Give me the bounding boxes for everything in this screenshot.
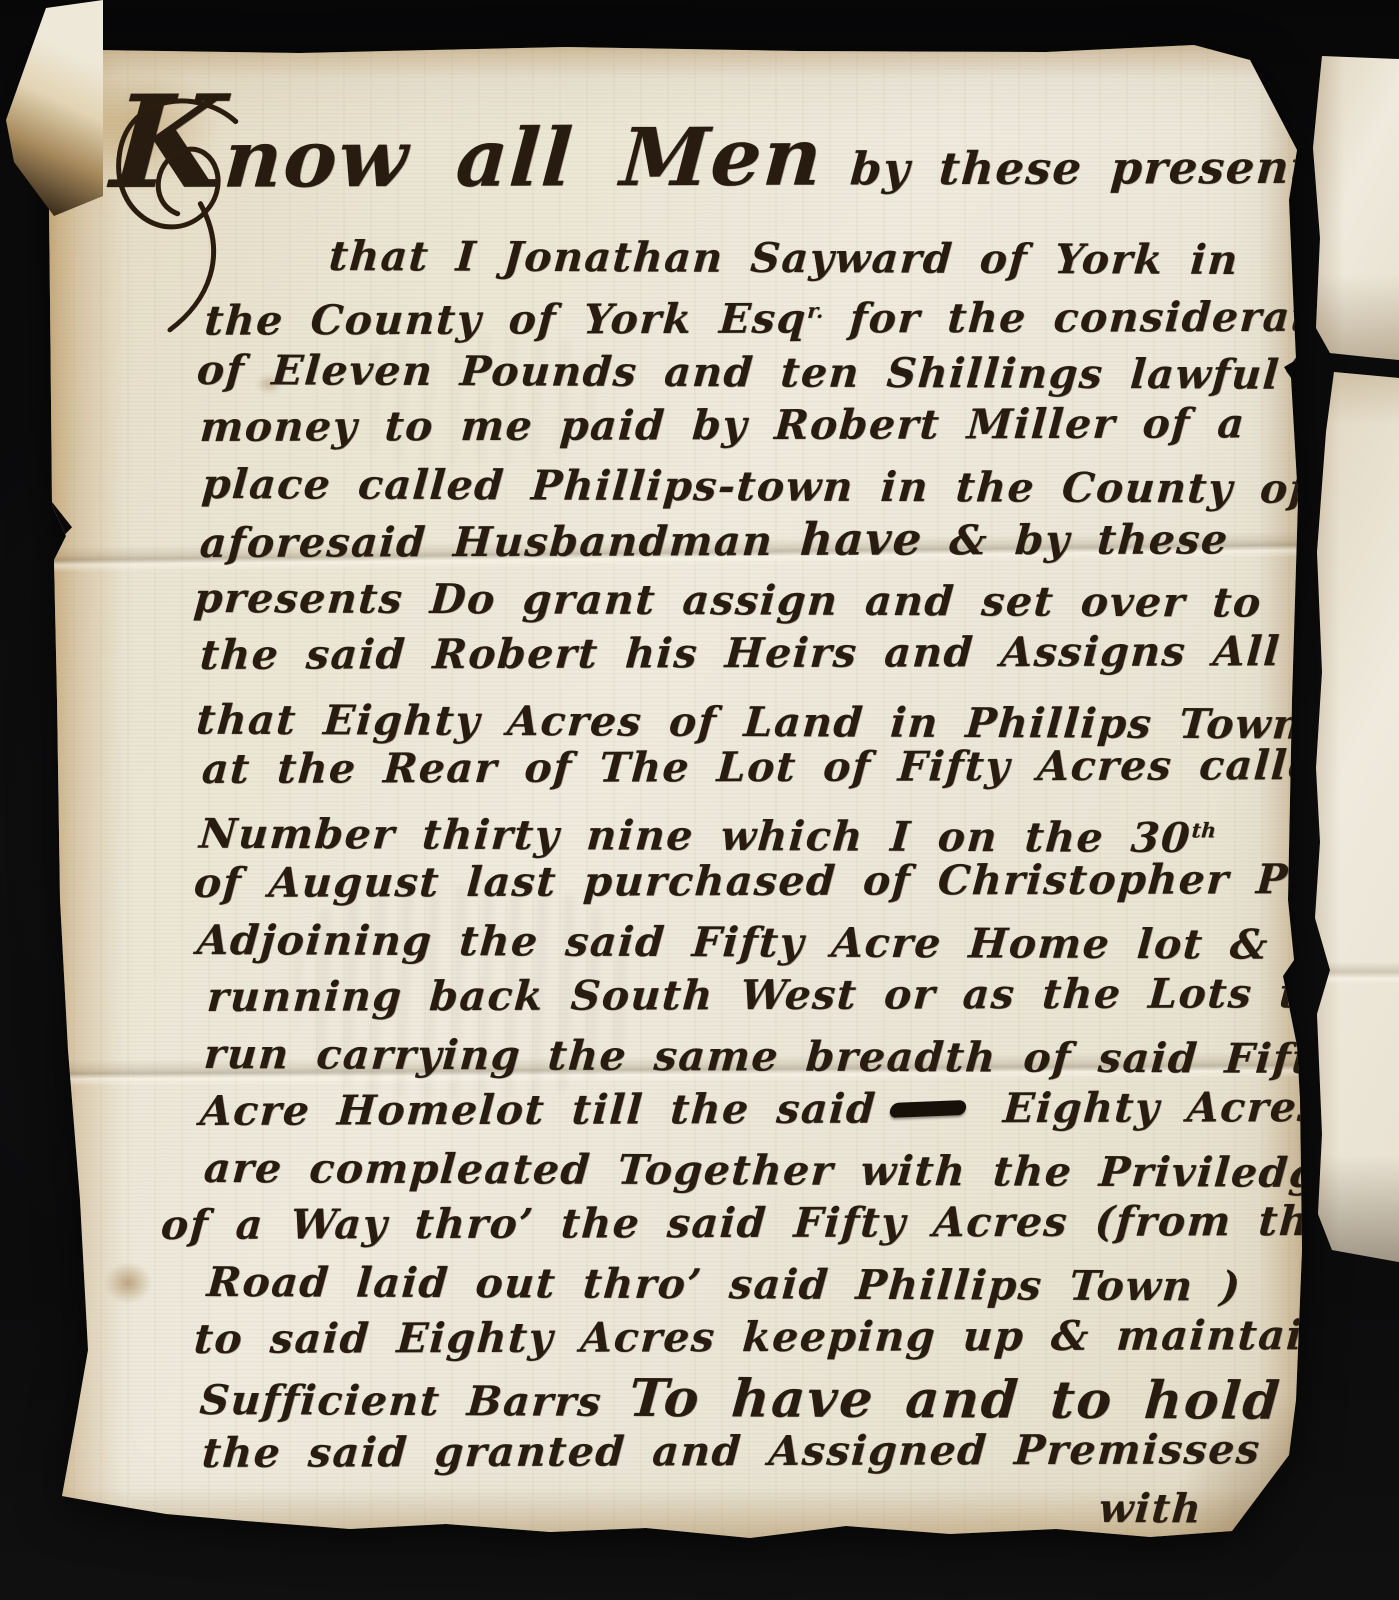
- text-segment: of Eleven Pounds and ten Shillings lawfu…: [195, 346, 1281, 399]
- manuscript-line: presents Do grant assign and set over to: [192, 570, 1268, 632]
- text-segment: Sufficient Barrs: [198, 1376, 631, 1426]
- manuscript-line: that Eighty Acres of Land in Phillips To…: [195, 684, 1268, 746]
- manuscript-line: that I Jonathan Sayward of York in: [327, 228, 1268, 289]
- text-segment: the said granted and Assigned Premisses: [200, 1425, 1262, 1477]
- manuscript-line: money to me paid by Robert Miller of a: [198, 395, 1268, 456]
- manuscript-line: of August last purchased of Christopher …: [192, 851, 1268, 912]
- text-segment: the said Robert his Heirs and Assigns Al…: [198, 627, 1282, 679]
- text-segment: to said Eighty Acres keeping up & mainta…: [192, 1311, 1399, 1363]
- manuscript-line: to said Eighty Acres keeping up & mainta…: [192, 1307, 1268, 1368]
- text-segment: at the Rear of The Lot of Fifty Acres ca…: [200, 741, 1347, 793]
- manuscript-line: Acre Homelot till the said Eighty Acres: [198, 1079, 1268, 1140]
- text-segment: Eighty Acres: [975, 1083, 1324, 1132]
- text-segment: th: [1191, 818, 1217, 842]
- manuscript-line: with: [189, 1482, 1268, 1537]
- manuscript-line: place called Phillips-town in the County…: [200, 456, 1268, 518]
- manuscript-line: at the Rear of The Lot of Fifty Acres ca…: [200, 737, 1268, 798]
- text-segment: Know all Men: [107, 98, 826, 219]
- text-segment: are compleated Together with the Privile…: [202, 1144, 1348, 1197]
- fold-shadow-left-lower: [44, 1046, 68, 1120]
- manuscript-line: running back South West or as the Lots t…: [205, 965, 1268, 1026]
- manuscript-line: Know all Men by these presents: [107, 96, 1270, 228]
- second-page-edge-bottom: [0, 0, 103, 222]
- manuscript-line: the said Robert his Heirs and Assigns Al…: [198, 623, 1268, 684]
- text-segment: of a Way thro’ the said Fifty Acres (fro…: [159, 1197, 1339, 1249]
- manuscript-line: the said granted and Assigned Premisses: [200, 1421, 1268, 1482]
- fold-shadow-right-upper: [1286, 336, 1312, 406]
- photo-background: Know all Men by these presentsthat I Jon…: [0, 0, 1399, 1600]
- text-segment: of August last purchased of Christopher …: [192, 855, 1399, 907]
- manuscript-line: of Eleven Pounds and ten Shillings lawfu…: [195, 342, 1268, 404]
- text-segment: Adjoining the said Fifty Acre Home lot &…: [195, 916, 1350, 969]
- text-segment: Road laid out thro’ said Phillips Town ): [205, 1258, 1243, 1310]
- text-segment: have: [799, 512, 925, 565]
- ink-blot: [890, 1100, 967, 1118]
- manuscript-line: are compleated Together with the Privile…: [202, 1140, 1268, 1202]
- text-segment: for the consideration: [821, 293, 1390, 343]
- manuscript-line: Sufficient Barrs To have and to hold: [198, 1368, 1268, 1430]
- text-segment: that I Jonathan Sayward of York in: [327, 232, 1240, 284]
- text-segment: with: [1097, 1485, 1204, 1532]
- text-segment: the County of York Esq: [203, 295, 809, 345]
- manuscript-line: Number thirty nine which I on the 30th: [198, 798, 1268, 860]
- text-segment: by these presents: [820, 141, 1341, 196]
- manuscript-line: Adjoining the said Fifty Acre Home lot &…: [195, 912, 1268, 974]
- text-segment: money to me paid by Robert Miller of a: [198, 399, 1247, 451]
- text-segment: place called Phillips-town in the County…: [200, 460, 1399, 513]
- manuscript-page: Know all Men by these presentsthat I Jon…: [46, 44, 1306, 1546]
- text-segment: Acre Homelot till the said: [198, 1085, 878, 1135]
- text-segment: & by these: [921, 515, 1230, 564]
- manuscript-text: Know all Men by these presentsthat I Jon…: [191, 100, 1266, 1532]
- text-segment: presents Do grant assign and set over to: [192, 574, 1263, 627]
- second-page-edge-top: [1310, 56, 1399, 360]
- text-segment: running back South West or as the Lots t…: [205, 969, 1399, 1021]
- second-page-edge-middle: [1306, 372, 1399, 1262]
- paper-stain: [104, 1262, 152, 1304]
- text-segment: run carrying the same breadth of said Fi…: [202, 1030, 1339, 1083]
- fold-shadow-left-upper: [44, 492, 72, 556]
- manuscript-line: the County of York Esqr. for the conside…: [203, 281, 1268, 342]
- manuscript-line: aforesaid Husbandman have & by these: [198, 509, 1268, 570]
- text-segment: aforesaid Husbandman: [198, 517, 801, 567]
- manuscript-line: Road laid out thro’ said Phillips Town ): [205, 1254, 1268, 1316]
- manuscript-line: run carrying the same breadth of said Fi…: [202, 1026, 1268, 1088]
- manuscript-line: of a Way thro’ the said Fifty Acres (fro…: [159, 1193, 1268, 1254]
